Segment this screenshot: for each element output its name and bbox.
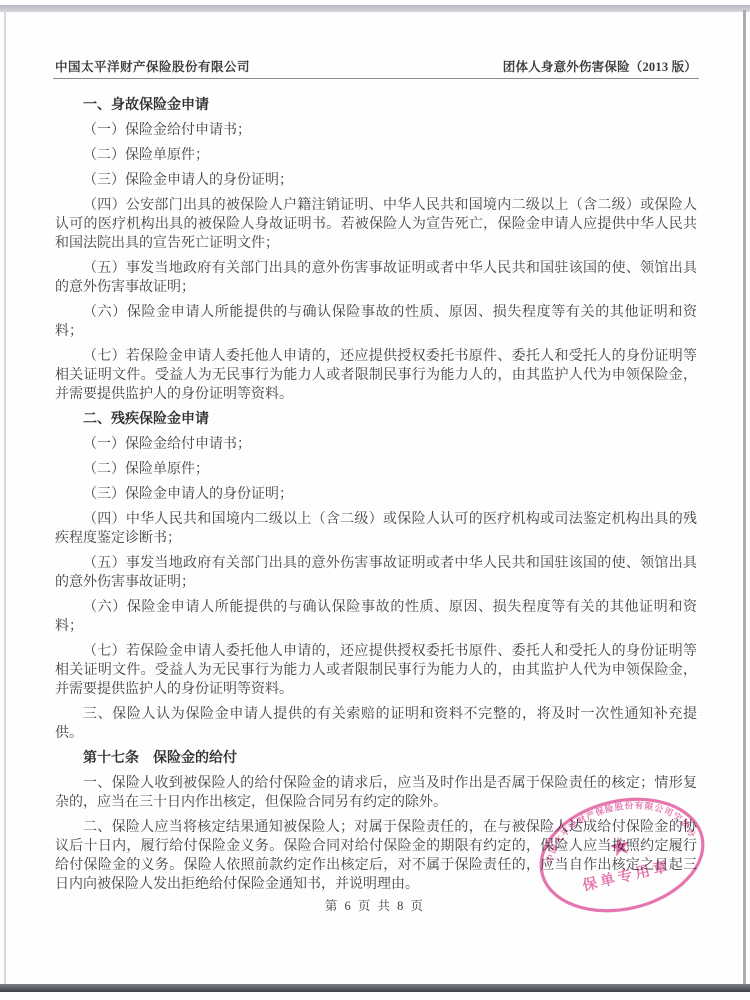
paragraph: （三）保险金申请人的身份证明； <box>55 171 697 190</box>
scan-edge-left <box>4 10 6 986</box>
section-heading: 二、残疾保险金申请 <box>55 410 697 429</box>
page-header: 中国太平洋财产保险股份有限公司 团体人身意外伤害保险（2013 版） <box>55 57 697 75</box>
scan-edge-right <box>743 10 746 986</box>
paragraph: （五）事发当地政府有关部门出具的意外伤害事故证明或者中华人民共和国驻该国的使、领… <box>55 259 697 297</box>
section-heading: 第十七条 保险金的给付 <box>55 749 697 768</box>
paragraph: （七）若保险金申请人委托他人申请的，还应提供授权委托书原件、委托人和受托人的身份… <box>55 642 697 699</box>
paragraph: （四）中华人民共和国境内二级以上（含二级）或保险人认可的医疗机构或司法鉴定机构出… <box>55 510 697 548</box>
page-number: 第 6 页 共 8 页 <box>0 896 750 914</box>
paragraph: （二）保险单原件； <box>55 460 697 479</box>
paragraph: （一）保险金给付申请书； <box>55 121 697 140</box>
scan-edge-bottom <box>0 984 750 992</box>
paragraph: （三）保险金申请人的身份证明； <box>55 485 697 504</box>
document-title: 团体人身意外伤害保险（2013 版） <box>503 57 697 75</box>
paragraph: （六）保险金申请人所能提供的与确认保险事故的性质、原因、损失程度等有关的其他证明… <box>55 598 697 636</box>
paragraph: （四）公安部门出具的被保险人户籍注销证明、中华人民共和国境内二级以上（含二级）或… <box>55 196 697 253</box>
paragraph: （五）事发当地政府有关部门出具的意外伤害事故证明或者中华人民共和国驻该国的使、领… <box>55 554 697 592</box>
paragraph: （六）保险金申请人所能提供的与确认保险事故的性质、原因、损失程度等有关的其他证明… <box>55 303 697 341</box>
paragraph: （二）保险单原件； <box>55 146 697 165</box>
company-name: 中国太平洋财产保险股份有限公司 <box>55 57 250 75</box>
paragraph: （七）若保险金申请人委托他人申请的，还应提供授权委托书原件、委托人和受托人的身份… <box>55 347 697 404</box>
paragraph: 二、保险人应当将核定结果通知被保险人；对属于保险责任的，在与被保险人达成给付保险… <box>55 818 697 894</box>
paragraph: 一、保险人收到被保险人的给付保险金的请求后，应当及时作出是否属于保险责任的核定；… <box>55 774 697 812</box>
scanned-document-page: 中国太平洋财产保险股份有限公司 团体人身意外伤害保险（2013 版） 一、身故保… <box>0 0 750 1000</box>
header-divider <box>53 78 699 79</box>
paragraph: 三、保险人认为保险金申请人提供的有关索赔的证明和资料不完整的，将及时一次性通知补… <box>55 705 697 743</box>
document-body: 一、身故保险金申请（一）保险金给付申请书；（二）保险单原件；（三）保险金申请人的… <box>55 90 697 900</box>
paragraph: （一）保险金给付申请书； <box>55 435 697 454</box>
section-heading: 一、身故保险金申请 <box>55 96 697 115</box>
scan-edge-top <box>0 5 750 12</box>
